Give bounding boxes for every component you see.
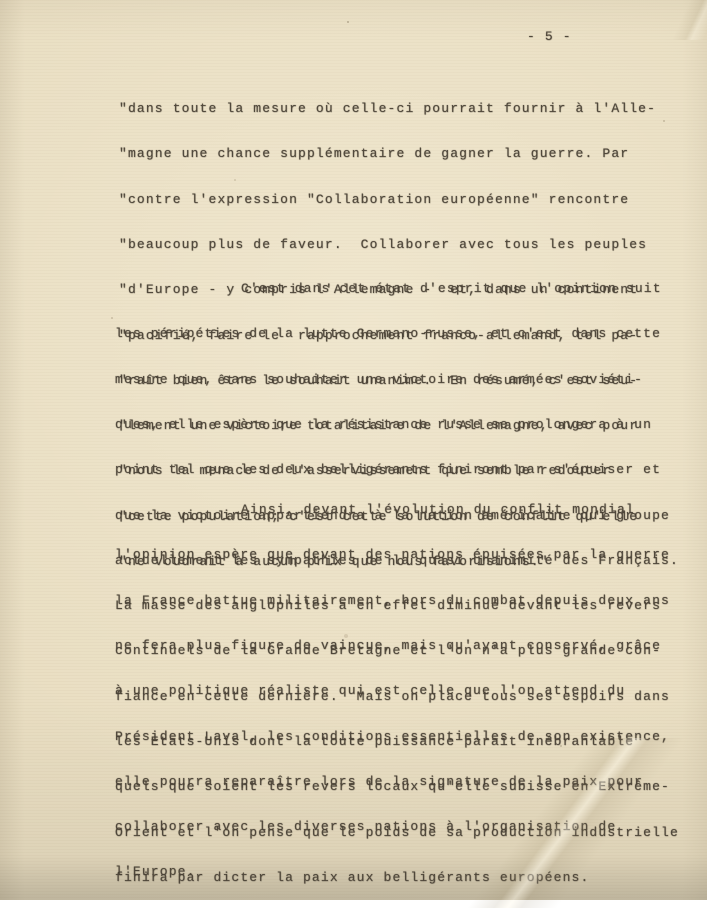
text-line: C'est dans cet état d'esprit que l'opini… [115, 281, 679, 296]
paper-crease-top-right [647, 0, 707, 40]
paper-crease-bottom-right [407, 738, 707, 900]
text-line: les péripéties de la lutte Germano-russe… [115, 326, 679, 341]
text-line: la France battue militairement, hors du … [115, 593, 670, 608]
document-page: - 5 - "dans toute la mesure où celle-ci … [0, 0, 707, 900]
text-line: "beaucoup plus de faveur. Collaborer ave… [119, 237, 656, 252]
text-line: mesure que, sans souhaiter une victoire … [115, 372, 679, 387]
paper-speck [347, 21, 349, 23]
text-line: "contre l'expression "Collaboration euro… [119, 192, 656, 207]
page-number: - 5 - [527, 29, 572, 44]
text-line: Ainsi, devant l'évolution du conflit mon… [115, 502, 670, 517]
text-line: ne fera plus figure de vaincue, mais qu'… [115, 638, 670, 653]
text-line: ques, elle espère que la résistance russ… [115, 417, 679, 432]
text-line: "dans toute la mesure où celle-ci pourra… [119, 101, 656, 116]
text-line: "magne une chance supplémentaire de gagn… [119, 146, 656, 161]
text-line: l'opinion espère que devant des nations … [115, 547, 670, 562]
text-line: à une politique réaliste qui est celle q… [115, 683, 670, 698]
